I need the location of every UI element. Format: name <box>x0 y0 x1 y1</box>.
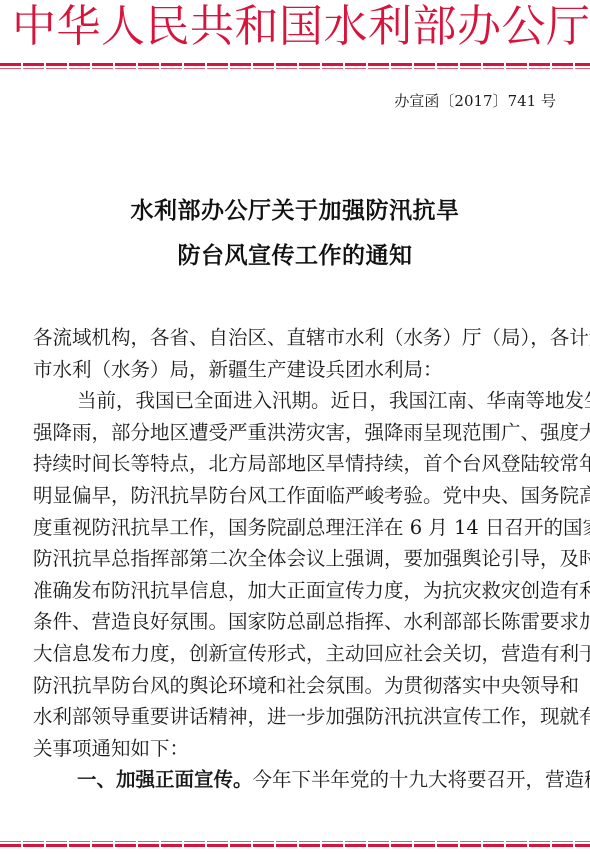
paragraph-line: 强降雨，部分地区遭受严重洪涝灾害，强降雨呈现范围广、强度大、 <box>33 417 557 449</box>
document-title-line-1: 水利部办公厅关于加强防汛抗旱 <box>0 196 590 226</box>
footer-divider-thin <box>0 841 590 842</box>
paragraph-line: 度重视防汛抗旱工作，国务院副总理汪洋在 6 月 14 日召开的国家 <box>33 512 557 544</box>
paragraph-line: 防汛抗旱总指挥部第二次全体会议上强调，要加强舆论引导，及时 <box>33 543 557 575</box>
paragraph-line: 持续时间长等特点，北方局部地区旱情持续，首个台风登陆较常年 <box>33 448 557 480</box>
section-1-text: 今年下半年党的十九大将要召开，营造稳 <box>253 768 590 791</box>
paragraph-line: 条件、营造良好氛围。国家防总副总指挥、水利部部长陈雷要求加 <box>33 606 557 638</box>
paragraph-line: 当前，我国已全面进入汛期。近日，我国江南、华南等地发生 <box>33 385 557 417</box>
footer-divider-thick <box>0 844 590 847</box>
issuer-header: 中华人民共和国水利部办公厅 <box>12 1 582 53</box>
document-number: 办宣函〔2017〕741 号 <box>394 91 556 111</box>
recipients-line: 市水利（水务）局，新疆生产建设兵团水利局： <box>33 354 557 386</box>
header-divider-thin <box>0 68 590 69</box>
document-title-line-2: 防台风宣传工作的通知 <box>0 241 590 271</box>
paragraph-line: 准确发布防汛抗旱信息，加大正面宣传力度，为抗灾救灾创造有利 <box>33 575 557 607</box>
paragraph-line: 大信息发布力度，创新宣传形式，主动回应社会关切，营造有利于 <box>33 638 557 670</box>
paragraph-line: 明显偏早，防汛抗旱防台风工作面临严峻考验。党中央、国务院高 <box>33 480 557 512</box>
document-body: 各流域机构，各省、自治区、直辖市水利（水务）厅（局），各计划单列 市水利（水务）… <box>33 322 557 796</box>
paragraph-line: 水利部领导重要讲话精神，进一步加强防汛抗洪宣传工作，现就有 <box>33 701 557 733</box>
header-divider-thick <box>0 63 590 66</box>
paragraph-line: 防汛抗旱防台风的舆论环境和社会氛围。为贯彻落实中央领导和 <box>33 670 557 702</box>
paragraph-line: 关事项通知如下： <box>33 733 557 765</box>
section-1-line: 一、加强正面宣传。今年下半年党的十九大将要召开，营造稳 <box>33 764 557 796</box>
recipients-line: 各流域机构，各省、自治区、直辖市水利（水务）厅（局），各计划单列 <box>33 322 557 354</box>
section-1-heading: 一、加强正面宣传。 <box>77 768 253 791</box>
